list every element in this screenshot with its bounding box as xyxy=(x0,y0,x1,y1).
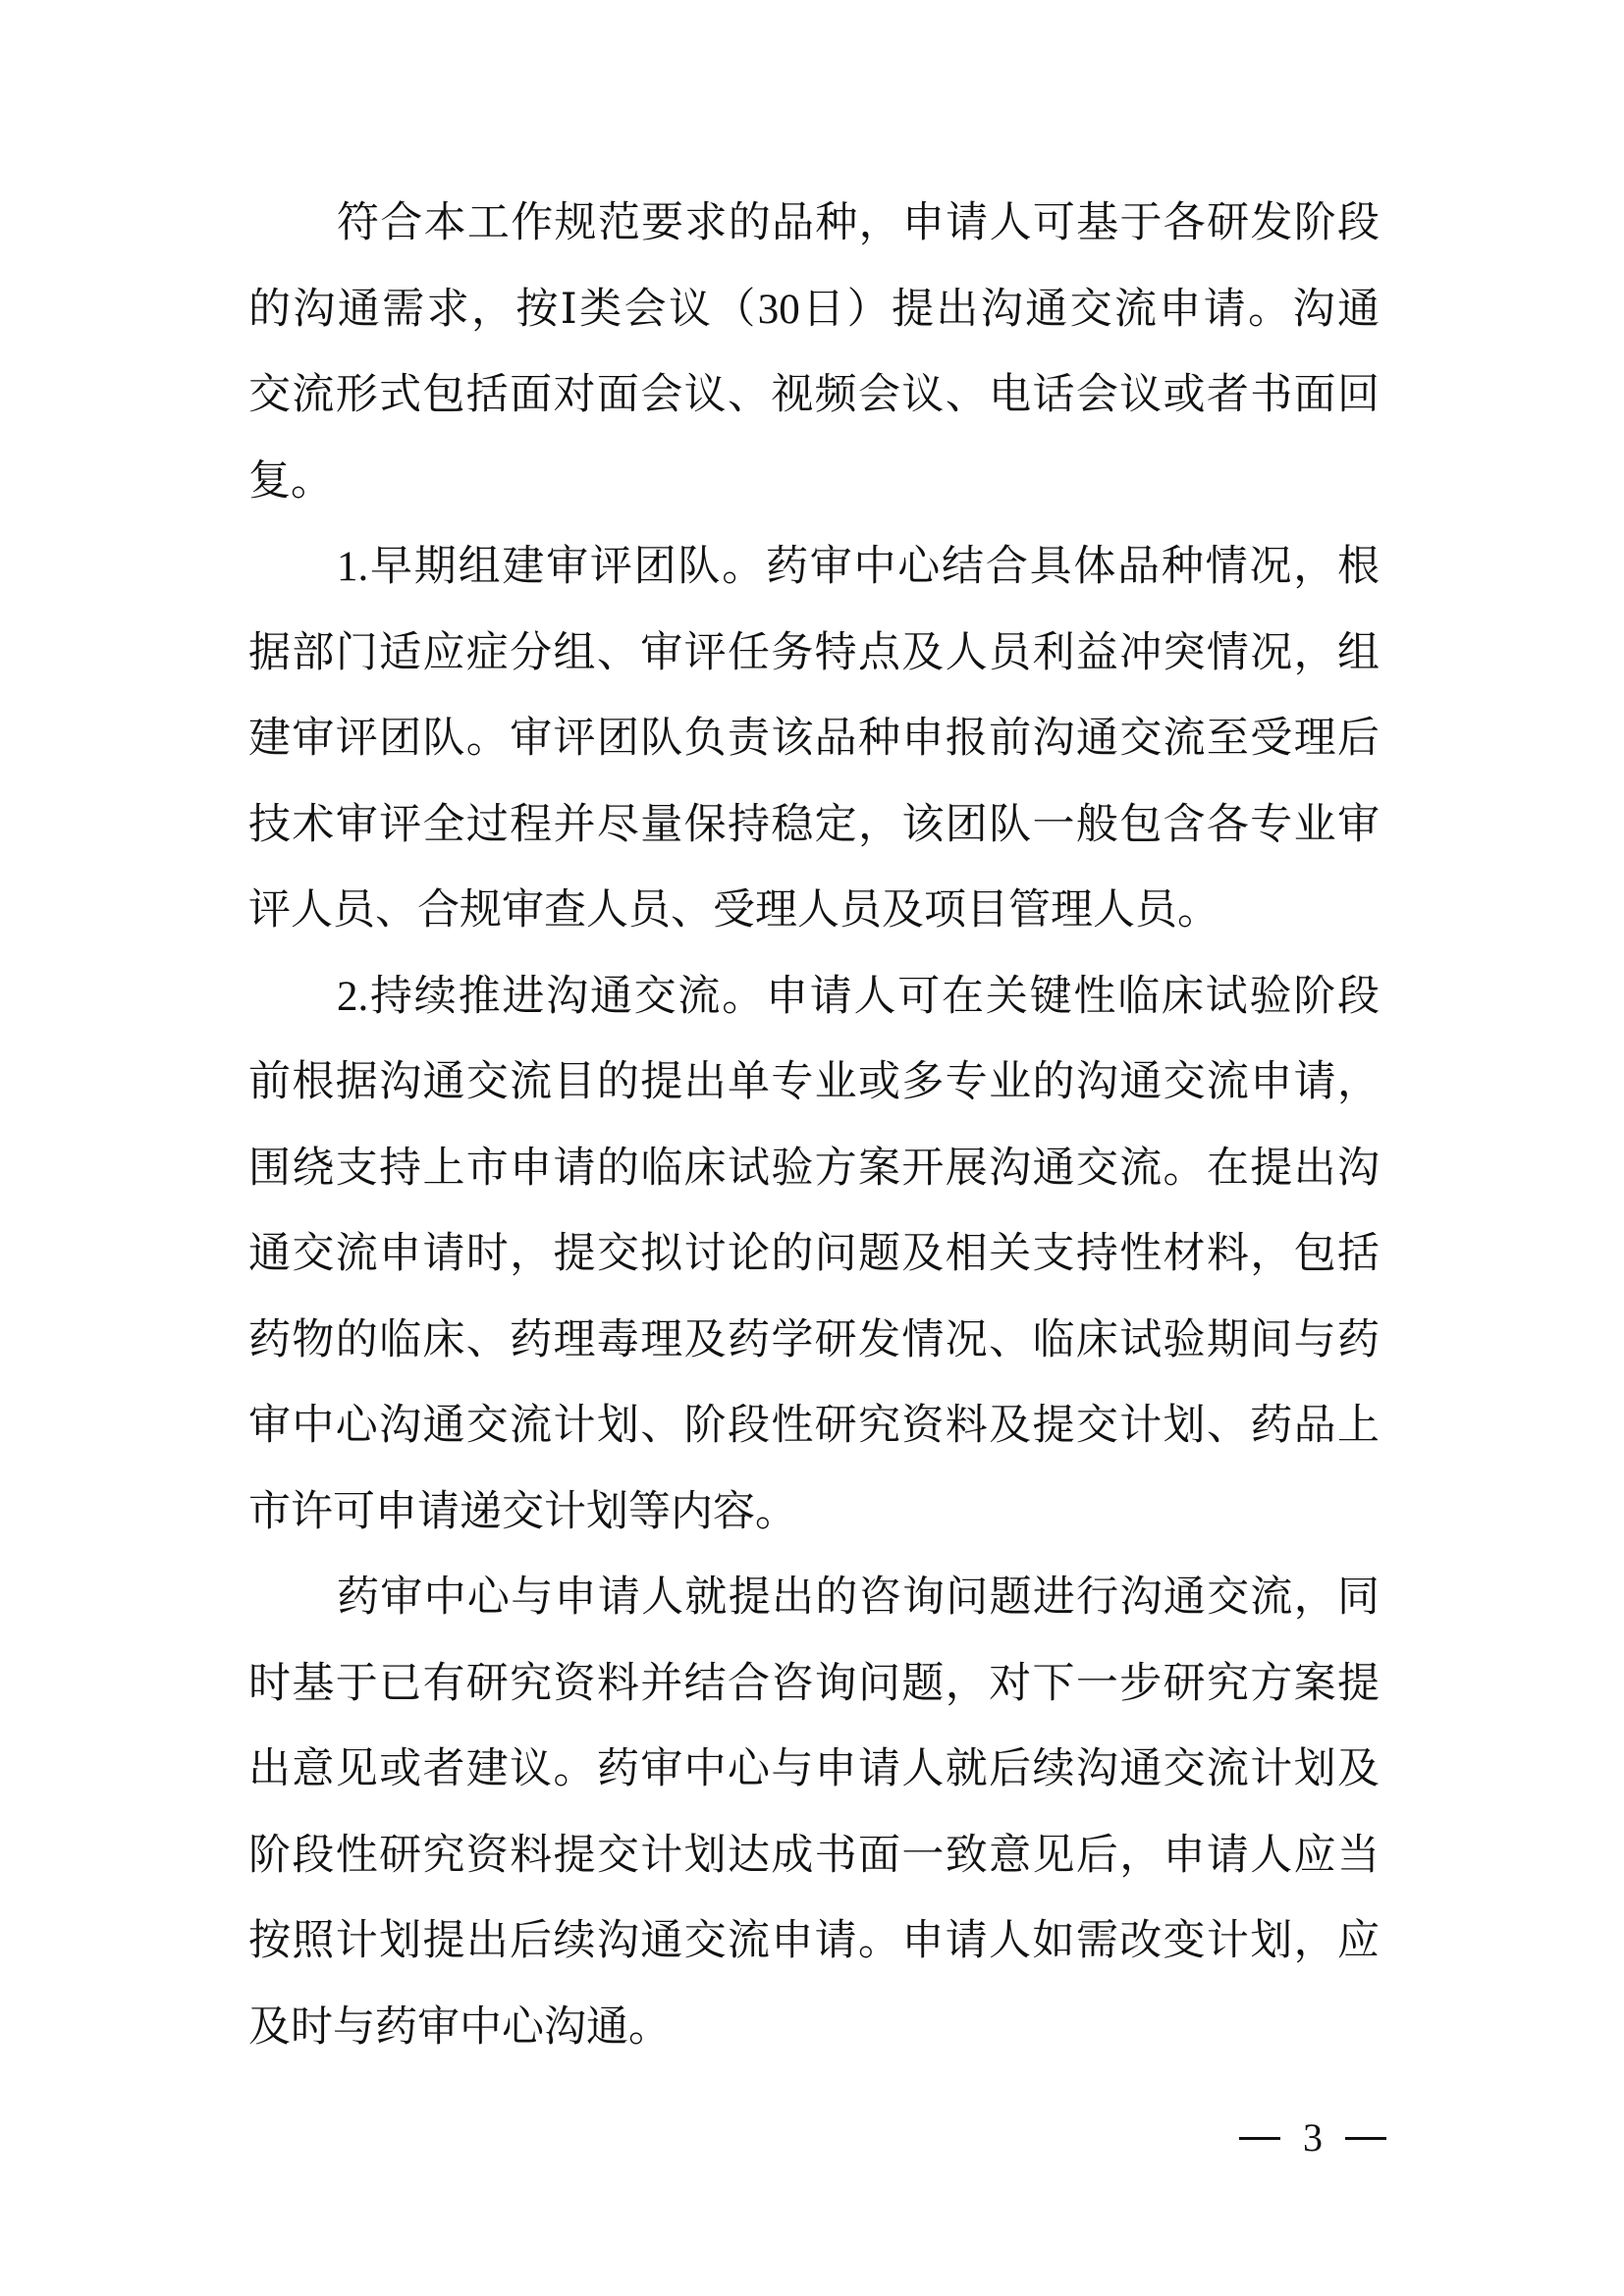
paragraph-3-line-7: 市许可申请递交计划等内容。 xyxy=(248,1469,1380,1556)
page-number: 3 xyxy=(1239,2110,1386,2165)
left-dash-decoration xyxy=(1239,2137,1280,2140)
paragraph-4-line-6: 及时与药审中心沟通。 xyxy=(248,1985,1380,2071)
paragraph-1-line-1: 符合本工作规范要求的品种，申请人可基于各研发阶段 xyxy=(248,181,1380,267)
paragraph-2-line-2: 据部门适应症分组、审评任务特点及人员利益冲突情况，组 xyxy=(248,611,1380,697)
paragraph-1-line-4: 复。 xyxy=(248,439,1380,525)
paragraph-4-line-1: 药审中心与申请人就提出的咨询问题进行沟通交流，同 xyxy=(248,1555,1380,1641)
paragraph-2-line-3: 建审评团队。审评团队负责该品种申报前沟通交流至受理后 xyxy=(248,696,1380,782)
paragraph-2-line-1: 1.早期组建审评团队。药审中心结合具体品种情况，根 xyxy=(248,524,1380,611)
paragraph-3-line-5: 药物的临床、药理毒理及药学研发情况、临床试验期间与药 xyxy=(248,1298,1380,1384)
document-body: 符合本工作规范要求的品种，申请人可基于各研发阶段 的沟通需求，按Ⅰ类会议（30日… xyxy=(248,181,1380,2070)
paragraph-4-line-5: 按照计划提出后续沟通交流申请。申请人如需改变计划，应 xyxy=(248,1898,1380,1985)
paragraph-4-line-4: 阶段性研究资料提交计划达成书面一致意见后，申请人应当 xyxy=(248,1813,1380,1899)
paragraph-1-line-3: 交流形式包括面对面会议、视频会议、电话会议或者书面回 xyxy=(248,352,1380,439)
paragraph-3-line-4: 通交流申请时，提交拟讨论的问题及相关支持性材料，包括 xyxy=(248,1211,1380,1298)
paragraph-3-line-6: 审中心沟通交流计划、阶段性研究资料及提交计划、药品上 xyxy=(248,1383,1380,1469)
right-dash-decoration xyxy=(1345,2137,1386,2140)
paragraph-3-line-3: 围绕支持上市申请的临床试验方案开展沟通交流。在提出沟 xyxy=(248,1126,1380,1212)
paragraph-3-line-1: 2.持续推进沟通交流。申请人可在关键性临床试验阶段 xyxy=(248,954,1380,1041)
paragraph-1-line-2: 的沟通需求，按Ⅰ类会议（30日）提出沟通交流申请。沟通 xyxy=(248,267,1380,353)
page-number-value: 3 xyxy=(1303,2110,1323,2165)
paragraph-3-line-2: 前根据沟通交流目的提出单专业或多专业的沟通交流申请， xyxy=(248,1040,1380,1126)
paragraph-4-line-3: 出意见或者建议。药审中心与申请人就后续沟通交流计划及 xyxy=(248,1727,1380,1813)
document-page: 符合本工作规范要求的品种，申请人可基于各研发阶段 的沟通需求，按Ⅰ类会议（30日… xyxy=(0,0,1624,2296)
paragraph-2-line-4: 技术审评全过程并尽量保持稳定，该团队一般包含各专业审 xyxy=(248,782,1380,869)
paragraph-4-line-2: 时基于已有研究资料并结合咨询问题，对下一步研究方案提 xyxy=(248,1641,1380,1728)
paragraph-2-line-5: 评人员、合规审查人员、受理人员及项目管理人员。 xyxy=(248,868,1380,954)
